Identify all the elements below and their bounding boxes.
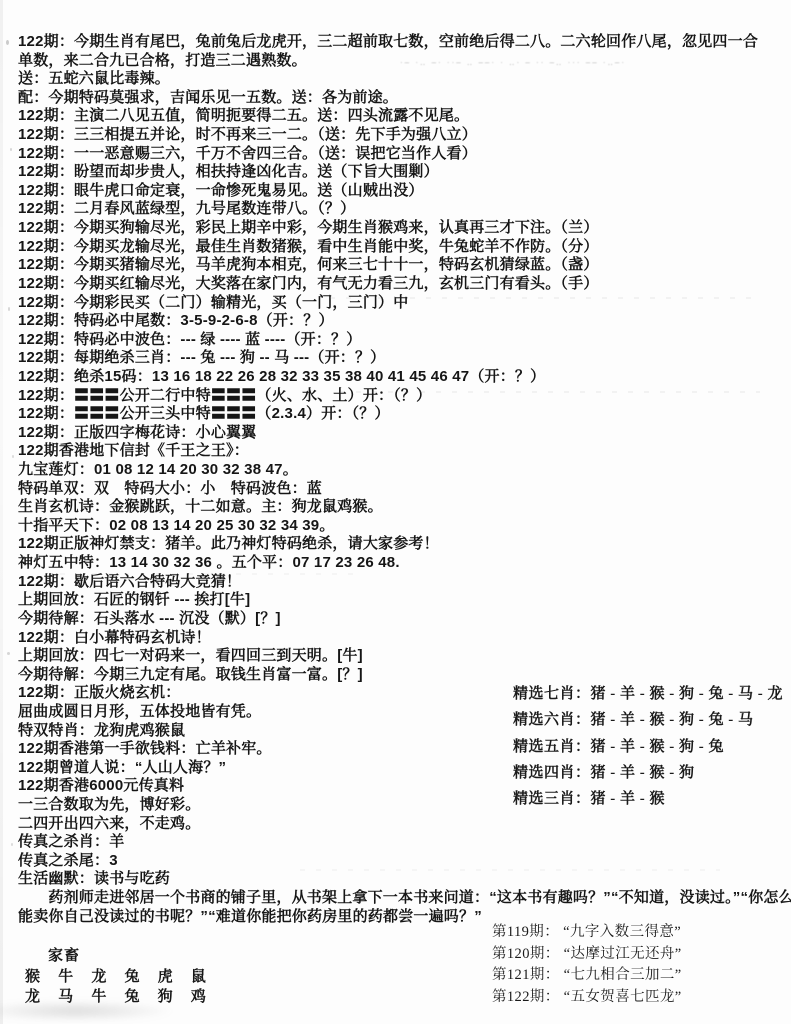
scan-speckle: [6, 40, 9, 45]
text-line: 122期：绝杀15码：13 16 18 22 26 28 32 33 35 38…: [18, 368, 778, 387]
text-line: 配：今期特码莫强求，吉闻乐见一五数。送：各为前途。: [18, 89, 778, 108]
livestock-block: 家畜 猴 牛 龙 兔 虎 鼠龙 马 牛 兔 狗 鸡: [25, 946, 211, 1008]
scan-noise-strip: [340, 391, 760, 393]
livestock-row: 猴 牛 龙 兔 虎 鼠: [25, 967, 211, 988]
text-line: 122期正版神灯禁支：猪羊。此乃神灯特码绝杀，请大家参考！: [18, 535, 778, 554]
issue-phrase-line: 第120期： “达摩过江无还舟”: [492, 944, 682, 966]
selection-line: 精选六肖：猪 - 羊 - 猴 - 狗 - 兔 - 马: [513, 707, 783, 733]
selection-line: 精选五肖：猪 - 羊 - 猴 - 狗 - 兔: [513, 734, 783, 760]
selection-line: 精选三肖：猪 - 羊 - 猴: [513, 786, 783, 812]
scan-speckle: [10, 148, 12, 151]
text-line: 122期香港地下信封《千王之王》：: [18, 442, 778, 461]
text-line: 122期：〓〓〓公开三头中特〓〓〓（2.3.4）开：（？）: [18, 405, 778, 424]
text-line: 122期：今期买狗输尽光，彩民上期辛中彩，今期生肖猴鸡来，认真再三才下注。（兰）: [18, 219, 778, 238]
text-line: 122期：今期生肖有尾巴，兔前兔后龙虎开，三二超前取七数，空前绝后得二八。二六轮…: [18, 33, 778, 52]
text-line: 122期：盼望而却步贵人，相扶持逢凶化吉。送（下旨大围剿）: [18, 163, 778, 182]
text-line: 九宝莲灯：01 08 12 14 20 30 32 38 47。: [18, 461, 778, 480]
text-line: 生肖玄机诗：金猴跳跃，十二如意。主：狗龙鼠鸡猴。: [18, 498, 778, 517]
text-line: 122期：〓〓〓公开二行中特〓〓〓（火、水、土）开：（？）: [18, 387, 778, 406]
tip-sheet-page: ·– ·‥ –· ··– ‥ ––· · ‥· – ·· –‥ ··· –– ·…: [0, 0, 791, 1024]
text-line: 药剂师走进邻居一个书商的铺子里，从书架上拿下一本书来问道：“这本书有趣吗？”“不…: [18, 889, 778, 908]
text-line: 122期：主演二八见五值，简明扼要得二五。送：四头流露不见尾。: [18, 107, 778, 126]
text-line: 122期：二月春风蓝绿型，九号尾数连带八。（？）: [18, 200, 778, 219]
text-line: 122期：今期买红输尽光，大奖落在家门内，有气无力看三九，玄机三门有看头。（手）: [18, 275, 778, 294]
issue-phrase-line: 第122期： “五女贺喜七匹龙”: [492, 987, 682, 1009]
text-line: 二四开出四六来，不走鸡。: [18, 815, 778, 834]
text-line: 122期：一一恶意赐三六，千万不舍四三合。（送：误把它当作人看）: [18, 145, 778, 164]
selection-line: 精选七肖：猪 - 羊 - 猴 - 狗 - 兔 - 马 - 龙: [513, 681, 783, 707]
livestock-title: 家畜: [25, 946, 211, 967]
text-line: 122期：歇后语六合特码大竞猜！: [18, 573, 778, 592]
text-line: 传真之杀尾：3: [18, 852, 778, 871]
text-line: 特码单双：双 特码大小：小 特码波色：蓝: [18, 480, 778, 499]
issue-phrase-list: 第119期： “九字入数三得意”第120期： “达摩过江无还舟”第121期： “…: [492, 922, 682, 1009]
text-line: 122期：眼牛虎口命定衰，一命惨死鬼易见。送（山贼出没）: [18, 182, 778, 201]
text-line: 十指平天下：02 08 13 14 20 25 30 32 34 39。: [18, 517, 778, 536]
text-line: 送：五蛇六鼠比毒辣。: [18, 70, 778, 89]
text-line: 122期：特码必中尾数：3-5-9-2-6-8（开：？）: [18, 312, 778, 331]
text-line: 122期：特码必中波色：--- 绿 ---- 蓝 ----（开：？）: [18, 331, 778, 350]
text-line: 传真之杀肖：羊: [18, 833, 778, 852]
scan-edge-streak: [0, 0, 3, 1024]
text-line: 122期：白小幕特码玄机诗！: [18, 629, 778, 648]
scan-speckle: [7, 652, 10, 655]
text-line: 122期：今期买猪输尽光，马羊虎狗本相克，何来三七十十一，特码玄机猜绿蓝。（盏）: [18, 256, 778, 275]
text-line: 122期：三三相提五并论，时不再来三一二。（送：先下手为强八立）: [18, 126, 778, 145]
scan-speckle: [8, 307, 10, 311]
text-line: 122期：正版四字梅花诗：小心翼翼: [18, 424, 778, 443]
text-line: 122期：今期买龙输尽光，最佳生肖数猪猴，看中生肖能中奖，牛兔蛇羊不作防。（分）: [18, 238, 778, 257]
text-line: 生活幽默：读书与吃药: [18, 870, 778, 889]
selection-line: 精选四肖：猪 - 羊 - 猴 - 狗: [513, 760, 783, 786]
text-line: 上期回放：四七一对码来一，看四回三到天明。[牛]: [18, 647, 778, 666]
scan-noise-strip: [60, 573, 360, 575]
text-line: 122期：每期绝杀三肖：--- 兔 --- 狗 -- 马 ---（开：？）: [18, 349, 778, 368]
scan-speckle: [12, 455, 14, 458]
issue-phrase-line: 第119期： “九字入数三得意”: [492, 922, 682, 944]
scan-noise-strip: [330, 297, 760, 299]
issue-phrase-line: 第121期： “七九相合三加二”: [492, 965, 682, 987]
scan-speckle: [11, 843, 13, 846]
scan-smudge: [0, 1000, 175, 1022]
text-line: 单数，来二合九已合格，打造三二遇熟数。: [18, 52, 778, 71]
selection-column: 精选七肖：猪 - 羊 - 猴 - 狗 - 兔 - 马 - 龙精选六肖：猪 - 羊…: [513, 681, 783, 812]
scan-noise-strip: [300, 869, 720, 871]
text-line: 上期回放：石匠的钢钎 --- 挨打[牛]: [18, 591, 778, 610]
text-line: 今期待解：石头落水 --- 沉没（默）[？]: [18, 610, 778, 629]
text-line: 神灯五中特：13 14 30 32 36 。五个平：07 17 23 26 48…: [18, 554, 778, 573]
